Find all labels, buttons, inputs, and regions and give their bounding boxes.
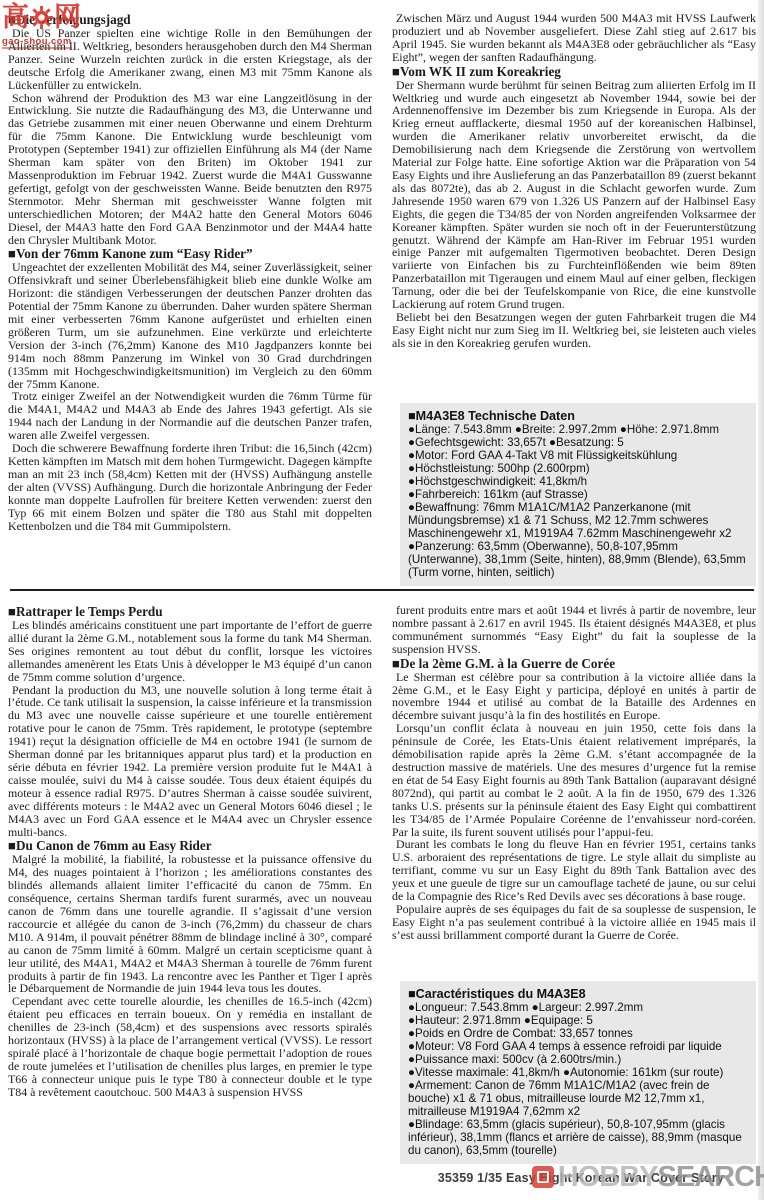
paragraph: Pendant la production du M3, une nouvell…: [8, 684, 372, 839]
paragraph: Schon während der Produktion des M3 war …: [8, 92, 372, 247]
gear-icon: [30, 6, 53, 29]
section-heading: ■Von der 76mm Kanone zum “Easy Rider”: [8, 246, 372, 261]
gaoshou-logo-left-char: 高: [2, 4, 29, 31]
paragraph: Le Sherman est célèbre pour sa contribut…: [392, 671, 756, 723]
spec-line: ●Gefechtsgewicht: 33,657t ●Besatzung: 5: [408, 436, 748, 449]
paragraph: Lorsqu’un conflit éclata à nouveau en ju…: [392, 722, 756, 838]
german-right-text: Zwischen März und August 1944 wurden 500…: [392, 12, 756, 400]
paragraph: Durant les combats le long du fleuve Han…: [392, 838, 756, 903]
gaoshou-url-text: gao-shou.com: [2, 36, 72, 49]
paragraph: Les blindés américains constituent une p…: [8, 619, 372, 684]
paragraph: Der Shermann wurde berühmt für seinen Be…: [392, 79, 756, 311]
german-right-column: Zwischen März und August 1944 wurden 500…: [392, 12, 756, 588]
german-specs-box: ■M4A3E8 Technische Daten ●Länge: 7.543.8…: [400, 403, 756, 586]
spec-line: ●Blindage: 63,5mm (glacis supérieur), 50…: [408, 1118, 748, 1157]
german-specs-lines: ●Länge: 7.543.8mm ●Breite: 2.997.2mm ●Hö…: [408, 423, 748, 579]
spec-line: ●Puissance maxi: 500cv (à 2.600trs/min.): [408, 1053, 748, 1066]
spec-line: ●Höchstleistung: 500hp (2.600rpm): [408, 462, 748, 475]
section-heading: ■Rattraper le Temps Perdu: [8, 604, 372, 619]
spec-line: ●Höchstgeschwindigkeit: 41,8km/h: [408, 475, 748, 488]
french-left-column: ■Rattraper le Temps PerduLes blindés amé…: [8, 604, 372, 1166]
spec-line: ●Poids en Ordre de Combat: 33,657 tonnes: [408, 1027, 748, 1040]
paragraph: Ungeachtet der exzellenten Mobilität des…: [8, 261, 372, 390]
spec-line: ●Longueur: 7.543.8mm ●Largeur: 2.997.2mm: [408, 1001, 748, 1014]
paragraph: Populaire auprès de ses équipages du fai…: [392, 903, 756, 942]
german-left-column: ■Die VerfolgungsjagdDie US Panzer spielt…: [8, 12, 372, 588]
scan-edge-artifact: [758, 0, 764, 1200]
spec-line: ●Moteur: V8 Ford GAA 4 temps à essence r…: [408, 1040, 748, 1053]
paragraph: Malgré la mobilité, la fiabilité, la rob…: [8, 853, 372, 995]
hobbysearch-text: HOBBYSEARCH: [558, 1162, 764, 1192]
spec-line: ●Hauteur: 2.971.8mm ●Equipage: 5: [408, 1014, 748, 1027]
hobbysearch-logo-icon: [532, 1166, 554, 1188]
french-specs-box: ■Caractéristiques du M4A3E8 ●Longueur: 7…: [400, 981, 756, 1164]
spec-line: ●Motor: Ford GAA 4-Takt V8 mit Flüssigke…: [408, 449, 748, 462]
section-divider: [10, 589, 754, 591]
french-right-text: furent produits entre mars et août 1944 …: [392, 604, 756, 980]
spec-line: ●Armement: Canon de 76mm M1A1C/M1A2 (ave…: [408, 1079, 748, 1118]
gaoshou-watermark: 高 网: [2, 4, 81, 49]
instruction-page: ■Die VerfolgungsjagdDie US Panzer spielt…: [0, 0, 764, 1200]
french-section: ■Rattraper le Temps PerduLes blindés amé…: [8, 604, 756, 1166]
paragraph: Trotz einiger Zweifel an der Notwendigke…: [8, 390, 372, 442]
paragraph: furent produits entre mars et août 1944 …: [392, 604, 756, 656]
spec-line: ●Bewaffnung: 76mm M1A1C/M1A2 Panzerkanon…: [408, 501, 748, 540]
french-right-column: furent produits entre mars et août 1944 …: [392, 604, 756, 1166]
paragraph: Zwischen März und August 1944 wurden 500…: [392, 12, 756, 64]
section-heading: ■Vom WK II zum Koreakrieg: [392, 64, 756, 79]
gaoshou-logo: 高 网: [2, 4, 81, 31]
paragraph: Cependant avec cette tourelle alourdie, …: [8, 995, 372, 1098]
german-section: ■Die VerfolgungsjagdDie US Panzer spielt…: [8, 12, 756, 588]
gaoshou-logo-right-char: 网: [54, 4, 81, 31]
paragraph: Doch die schwerere Bewaffnung forderte i…: [8, 442, 372, 532]
french-specs-lines: ●Longueur: 7.543.8mm ●Largeur: 2.997.2mm…: [408, 1001, 748, 1157]
paragraph: Beliebt bei den Besatzungen wegen der gu…: [392, 311, 756, 350]
spec-line: ●Länge: 7.543.8mm ●Breite: 2.997.2mm ●Hö…: [408, 423, 748, 436]
spec-line: ●Panzerung: 63,5mm (Oberwanne), 50,8-107…: [408, 540, 748, 579]
section-heading: ■Du Canon de 76mm au Easy Rider: [8, 838, 372, 853]
section-heading: ■De la 2ème G.M. à la Guerre de Corée: [392, 656, 756, 671]
spec-line: ●Vitesse maximale: 41,8km/h ●Autonomie: …: [408, 1066, 748, 1079]
specs-box-title: ■M4A3E8 Technische Daten: [408, 409, 748, 423]
specs-box-title: ■Caractéristiques du M4A3E8: [408, 987, 748, 1001]
hobbysearch-watermark: HOBBYSEARCH: [532, 1162, 764, 1192]
spec-line: ●Fahrbereich: 161km (auf Strasse): [408, 488, 748, 501]
